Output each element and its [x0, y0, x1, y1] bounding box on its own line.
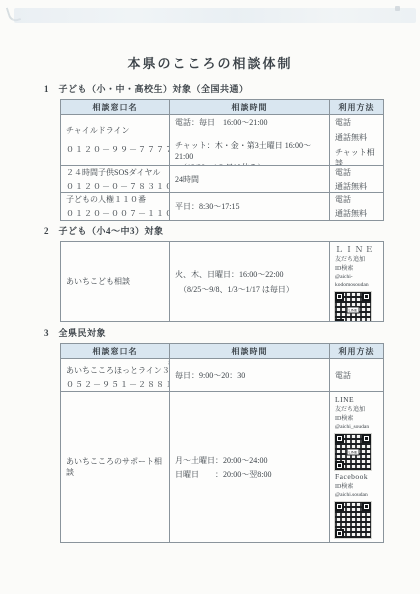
- header-hours: 相談時間: [169, 100, 329, 114]
- line-id-search: ID検索: [335, 265, 378, 273]
- counter-name-cell: ２４時間子供SOSダイヤル ０１２０－０－７８３１０: [61, 166, 169, 192]
- phone-number: ０１２０－０－７８３１０: [66, 181, 164, 192]
- hours-cell: 火、木、日曜日：16:00～22:00 （8/25～9/8、1/3～1/17 は…: [169, 242, 329, 321]
- counter-name-cell: 子どもの人権１１０番 ０１２０－００７－１１０: [61, 193, 169, 220]
- method-item: チャット相談: [335, 147, 378, 165]
- method-cell: 電話: [329, 359, 383, 391]
- table-header-row: 相談窓口名 相談時間 利用方法: [61, 344, 383, 358]
- table-header-row: 相談窓口名 相談時間 利用方法: [61, 100, 383, 114]
- counter-name-cell: あいちこころほっとライン さんろくご ３６５ ０５２－９５１－２８８１: [61, 359, 169, 391]
- table-row-aichi-kodomo: あいちこども相談 火、木、日曜日：16:00～22:00 （8/25～9/8、1…: [61, 242, 383, 321]
- facebook-id-search: ID検索: [335, 483, 378, 491]
- scan-artifact-dot: [395, 6, 400, 11]
- counter-name-365: さんろくご ３６５: [162, 361, 169, 376]
- qr-finder-icon: [362, 434, 371, 443]
- hours-line: 月～土曜日：20:00～24:00: [175, 455, 324, 466]
- method-cell: ＬＩＮＥ 友だち追加 ID検索 @aichi- kodomosoudan LIN…: [329, 242, 383, 321]
- hours-cell: 月～土曜日：20:00～24:00 日曜日 ：20:00～翌8:00: [169, 392, 329, 542]
- line-add-friend: 友だち追加: [335, 406, 378, 414]
- table-row-hotline-365: あいちこころほっとライン さんろくご ３６５ ０５２－９５１－２８８１ 毎日：9…: [61, 358, 383, 391]
- document-page: 本県のこころの相談体制 1 子ども（小・中・高校生）対象（全国共通） 相談窓口名…: [0, 0, 420, 594]
- facebook-label: Facebook: [335, 471, 378, 482]
- hours-line: 電話：毎日 16:00～21:00: [175, 117, 324, 128]
- counter-name-cell: あいちこころのサポート相談: [61, 392, 169, 542]
- method-item: 通話無料: [335, 181, 378, 192]
- counter-name: チャイルドライン: [66, 125, 164, 136]
- table-children-national: 相談窓口名 相談時間 利用方法 チャイルドライン ０１２０－９９－７７７７ 電話…: [60, 99, 384, 221]
- counter-name: あいちこころほっとライン さんろくご ３６５: [66, 361, 164, 376]
- counter-name: ２４時間子供SOSダイヤル: [66, 167, 164, 178]
- line-label: ＬＩＮＥ: [335, 244, 378, 255]
- counter-name: あいちこども相談: [66, 276, 164, 287]
- qr-code-facebook: [335, 502, 371, 538]
- table-row-jinken-110: 子どもの人権１１０番 ０１２０－００７－１１０ 平日：8:30～17:15 電話…: [61, 192, 383, 220]
- line-id: @aichi-: [335, 274, 378, 281]
- header-hours: 相談時間: [169, 344, 329, 358]
- counter-name: あいちこころのサポート相談: [66, 456, 164, 478]
- line-add-friend: 友だち追加: [335, 256, 378, 264]
- qr-finder-icon: [335, 461, 344, 470]
- line-id-search: ID検索: [335, 415, 378, 423]
- hours-line: 日曜日 ：20:00～翌8:00: [175, 469, 324, 480]
- qr-finder-icon: [335, 434, 344, 443]
- method-cell: 電話 通話無料: [329, 193, 383, 220]
- table-children-aichi: あいちこども相談 火、木、日曜日：16:00～22:00 （8/25～9/8、1…: [60, 241, 384, 322]
- counter-name-main: あいちこころほっとライン: [66, 365, 162, 376]
- header-method: 利用方法: [329, 344, 383, 358]
- method-item: 電話: [335, 194, 378, 205]
- qr-finder-icon: [362, 502, 371, 511]
- table-all-residents: 相談窓口名 相談時間 利用方法 あいちこころほっとライン さんろくご ３６５ ０…: [60, 343, 384, 543]
- hours-note: （12/29～1/3 日は休み）: [175, 162, 324, 165]
- qr-finder-icon: [335, 502, 344, 511]
- section-all-residents: 3 全県民対象 相談窓口名 相談時間 利用方法 あいちこころほっとライン さんろ…: [44, 326, 389, 543]
- qr-finder-icon: [335, 529, 344, 538]
- qr-code-line: LINE: [335, 292, 371, 321]
- header-counter-name: 相談窓口名: [61, 344, 169, 358]
- counter-name-cell: チャイルドライン ０１２０－９９－７７７７: [61, 115, 169, 165]
- section-children-national: 1 子ども（小・中・高校生）対象（全国共通） 相談窓口名 相談時間 利用方法 チ…: [44, 82, 389, 221]
- counter-name-cell: あいちこども相談: [61, 242, 169, 321]
- method-item: 電話: [335, 117, 378, 128]
- method-item: 電話: [335, 370, 378, 381]
- section-3-heading: 3 全県民対象: [44, 326, 389, 339]
- hours-cell: 電話：毎日 16:00～21:00 チャット：木・金・第3土曜日 16:00～2…: [169, 115, 329, 165]
- line-id: kodomosoudan: [335, 282, 378, 289]
- header-method: 利用方法: [329, 100, 383, 114]
- phone-number: ０５２－９５１－２８８１: [66, 379, 164, 390]
- method-cell: 電話 通話無料: [329, 166, 383, 192]
- table-row-kokoro-support: あいちこころのサポート相談 月～土曜日：20:00～24:00 日曜日 ：20:…: [61, 391, 383, 542]
- method-cell: 電話 通話無料 チャット相談: [329, 115, 383, 165]
- hours-line: 平日：8:30～17:15: [175, 201, 324, 212]
- line-label: LINE: [335, 394, 378, 405]
- qr-finder-icon: [335, 292, 344, 301]
- table-row-sos-dial: ２４時間子供SOSダイヤル ０１２０－０－７８３１０ 24時間 電話 通話無料: [61, 165, 383, 192]
- line-logo-icon: LINE: [347, 449, 360, 456]
- method-item: 通話無料: [335, 208, 378, 219]
- section-children-aichi: 2 子ども（小4～中3）対象 あいちこども相談 火、木、日曜日：16:00～22…: [44, 224, 389, 322]
- qr-finder-icon: [335, 319, 344, 321]
- method-cell: LINE 友だち追加 ID検索 @aichi_soudan LINE Faceb…: [329, 392, 383, 542]
- hours-cell: 24時間: [169, 166, 329, 192]
- line-logo-icon: LINE: [347, 307, 360, 314]
- phone-number: ０１２０－００７－１１０: [66, 208, 164, 219]
- line-id: @aichi_soudan: [335, 424, 378, 431]
- header-counter-name: 相談窓口名: [61, 100, 169, 114]
- qr-finder-icon: [362, 292, 371, 301]
- hours-line: 火、木、日曜日：16:00～22:00: [175, 269, 324, 280]
- hours-cell: 平日：8:30～17:15: [169, 193, 329, 220]
- section-1-heading: 1 子ども（小・中・高校生）対象（全国共通）: [44, 82, 389, 95]
- hours-line: 24時間: [175, 174, 324, 185]
- table-row-childline: チャイルドライン ０１２０－９９－７７７７ 電話：毎日 16:00～21:00 …: [61, 114, 383, 165]
- hours-note: （8/25～9/8、1/3～1/17 は毎日）: [175, 284, 324, 295]
- phone-number: ０１２０－９９－７７７７: [66, 144, 164, 155]
- page-title: 本県のこころの相談体制: [0, 53, 420, 72]
- scan-artifact-band: [14, 8, 416, 23]
- facebook-id: @aichi.soudan: [335, 492, 378, 499]
- counter-name: 子どもの人権１１０番: [66, 194, 164, 205]
- qr-code-line: LINE: [335, 434, 371, 470]
- hours-line: 毎日：9:00～20：30: [175, 370, 324, 381]
- hours-line: チャット：木・金・第3土曜日 16:00～21:00: [175, 140, 324, 162]
- method-item: 電話: [335, 167, 378, 178]
- method-item: 通話無料: [335, 132, 378, 143]
- section-2-heading: 2 子ども（小4～中3）対象: [44, 224, 389, 237]
- hours-cell: 毎日：9:00～20：30: [169, 359, 329, 391]
